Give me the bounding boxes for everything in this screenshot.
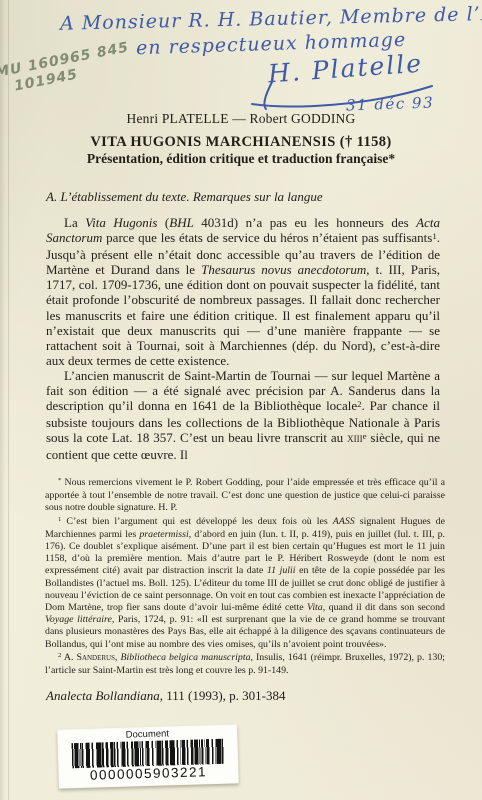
scanned-document-page: A Monsieur R. H. Bautier, Membre de l’In… <box>0 0 482 800</box>
footnote-2: 2 A. Sanderus, Bibliotheca belgica manus… <box>45 652 445 677</box>
journal-citation: Analecta Bollandiana, 111 (1993), p. 301… <box>46 688 286 704</box>
pencil-shelfmark: MU 160965 845 101945 <box>0 39 134 98</box>
body-paragraph-2: L’ancien manuscrit de Saint-Martin de To… <box>46 368 440 463</box>
footnote-star: * Nous remercions vivement le P. Robert … <box>45 477 445 515</box>
section-heading: A. L’établissement du texte. Remarques s… <box>46 189 323 205</box>
article-title: VITA HUGONIS MARCHIANENSIS († 1158) <box>0 134 482 151</box>
authors-line: Henri PLATELLE — Robert GODDING <box>0 111 482 127</box>
signature-block: H. Platelle <box>250 54 440 83</box>
footnote-1: 1 C’est bien l’argument qui est développ… <box>45 516 445 651</box>
barcode-sticker: Document 0000005903221 <box>57 724 239 788</box>
body-paragraph-1: La Vita Hugonis (BHL 4031d) n’a pas eu l… <box>46 215 440 368</box>
footnotes-block: * Nous remercions vivement le P. Robert … <box>45 477 445 678</box>
body-text: La Vita Hugonis (BHL 4031d) n’a pas eu l… <box>46 215 440 463</box>
article-subtitle: Présentation, édition critique et traduc… <box>0 151 482 167</box>
dedication-line-1: A Monsieur R. H. Bautier, Membre de l’In… <box>60 1 482 34</box>
